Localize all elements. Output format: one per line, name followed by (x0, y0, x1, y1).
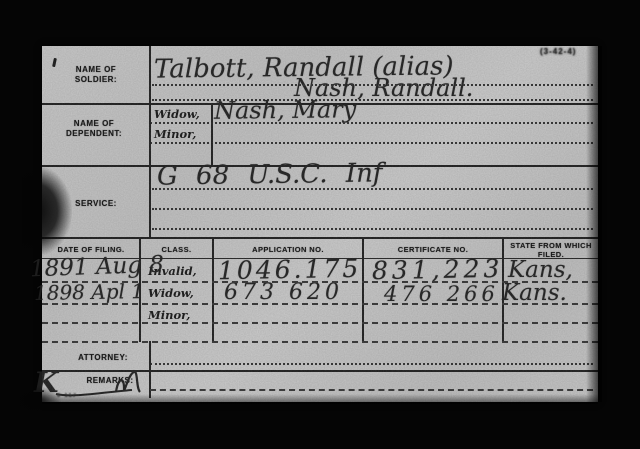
dependent-label: NAME OF DEPENDENT: (44, 119, 144, 139)
table-bottom-rule (42, 341, 598, 343)
filing-date-handwriting: 1891 Aug 8 (30, 252, 165, 283)
writing-line (150, 142, 593, 144)
widow-sublabel: Widow, (154, 107, 200, 121)
pension-index-card: (3-42-4) NAME OF SOLDIER: Talbott, Randa… (42, 46, 598, 402)
writing-line (150, 363, 593, 365)
writing-line (150, 122, 593, 124)
writing-line (152, 84, 593, 86)
dependent-label-line2: DEPENDENT: (44, 129, 144, 139)
printer-code: 6-117 (57, 393, 77, 399)
widow-name-handwriting: Nash, Mary (214, 95, 357, 124)
soldier-label-line1: NAME OF (48, 65, 144, 75)
form-number-stamp: (3-42-4) (540, 47, 576, 56)
minor-sublabel: Minor, (154, 127, 196, 141)
writing-line (152, 228, 593, 230)
table-row-rule (42, 322, 598, 324)
service-handwriting: G 68 U.S.C. Inf (157, 158, 383, 191)
application-no-handwriting: 673 620 (224, 280, 343, 305)
table-top-rule (42, 237, 598, 239)
header-application-no: APPLICATION NO. (213, 245, 363, 254)
dependent-label-line1: NAME OF (44, 119, 144, 129)
table-row-rule (42, 303, 598, 305)
scanned-document-view: (3-42-4) NAME OF SOLDIER: Talbott, Randa… (0, 0, 640, 449)
writing-line (152, 188, 593, 190)
attorney-label: ATTORNEY: (60, 353, 146, 363)
header-certificate-no: CERTIFICATE NO. (363, 245, 503, 254)
writing-line (150, 389, 593, 391)
label-column-divider (149, 46, 151, 237)
service-label: SERVICE: (48, 199, 144, 209)
class-minor-label: Minor, (148, 308, 190, 322)
writing-line (152, 208, 593, 210)
table-column-rule (212, 237, 214, 342)
dependent-subdivider (211, 103, 213, 165)
class-widow-label: Widow, (148, 286, 194, 300)
soldier-label: NAME OF SOLDIER: (48, 65, 144, 85)
soldier-label-line2: SOLDIER: (48, 75, 144, 85)
table-row-rule (42, 281, 598, 283)
table-column-rule (362, 237, 364, 342)
